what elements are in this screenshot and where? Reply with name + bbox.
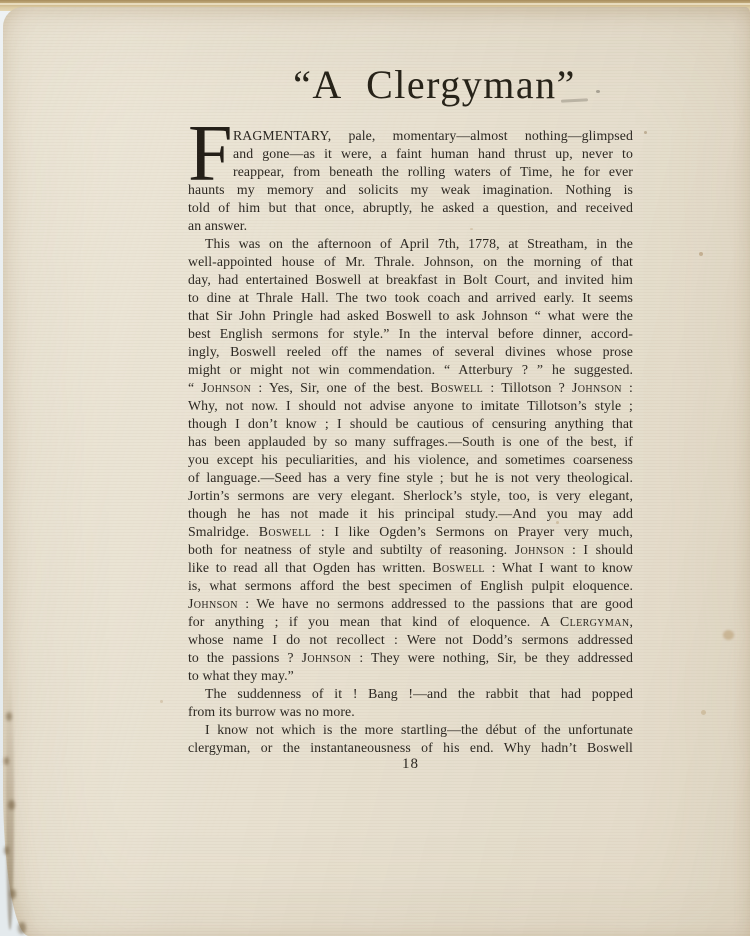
text-line: might or might not win commendation. “ A…: [188, 361, 633, 379]
text-line: best English sermons for style.” In the …: [188, 325, 633, 343]
text-line: I know not which is the more startling—t…: [188, 721, 633, 739]
text-line: of language.—Seed has a very fine style …: [188, 469, 633, 487]
text-line: you except his peculiarities, and his vi…: [188, 451, 633, 469]
text-line: like to read all that Ogden has written.…: [188, 559, 633, 577]
speaker-name: Boswell: [432, 560, 485, 575]
speaker-name: Johnson: [572, 380, 622, 395]
drop-cap: F: [188, 126, 230, 180]
speaker-name: Boswell: [259, 524, 312, 539]
text-line: “ Johnson : Yes, Sir, one of the best. B…: [188, 379, 633, 397]
ink-speck: [596, 90, 600, 93]
text-line: RAGMENTARY, pale, momentary—almost nothi…: [188, 127, 633, 145]
text-line: reappear, from beneath the rolling water…: [188, 163, 633, 181]
text-line: to what they may.”: [188, 667, 633, 685]
text-line: that Sir John Pringle had asked Boswell …: [188, 307, 633, 325]
text-line: an answer.: [188, 217, 633, 235]
text-line: haunts my memory and solicits my weak im…: [188, 181, 633, 199]
text-line: Why, not now. I should not advise anyone…: [188, 397, 633, 415]
text-line: from its burrow was no more.: [188, 703, 633, 721]
text-line: has been applauded by so many suffrages.…: [188, 433, 633, 451]
body-paragraph: FRAGMENTARY, pale, momentary—almost noth…: [188, 127, 633, 235]
text-line: though I don’t know ; I should be cautio…: [188, 415, 633, 433]
worn-page-edge: [6, 680, 14, 930]
scanned-book-page: “A Clergyman” FRAGMENTARY, pale, momenta…: [0, 0, 750, 936]
text-line: both for neatness of style and subtilty …: [188, 541, 633, 559]
text-line: to dine at Thrale Hall. The two took coa…: [188, 289, 633, 307]
speaker-name: Clergyman: [560, 614, 629, 629]
body-paragraph: The suddenness of it ! Bang !—and the ra…: [188, 685, 633, 721]
speaker-name: Johnson: [201, 380, 251, 395]
text-line: This was on the afternoon of April 7th, …: [188, 235, 633, 253]
text-line: and gone—as it were, a faint human hand …: [188, 145, 633, 163]
text-line: told of him but that once, abruptly, he …: [188, 199, 633, 217]
speaker-name: Johnson: [188, 596, 238, 611]
text-line: though he has not made it his principal …: [188, 505, 633, 523]
text-line: is, what sermons afford the best specime…: [188, 577, 633, 595]
speaker-name: Johnson: [515, 542, 565, 557]
text-line: The suddenness of it ! Bang !—and the ra…: [188, 685, 633, 703]
speaker-name: Johnson: [302, 650, 352, 665]
text-line: for anything ; if you mean that kind of …: [188, 613, 633, 631]
page-title: “A Clergyman”: [212, 64, 657, 106]
page-number: 18: [188, 756, 633, 773]
text-line: Johnson : We have no sermons addressed t…: [188, 595, 633, 613]
body-paragraph: This was on the afternoon of April 7th, …: [188, 235, 633, 379]
text-line: ingly, Boswell reeled off the names of s…: [188, 343, 633, 361]
speaker-name: Boswell: [431, 380, 484, 395]
text-line: Jortin’s sermons are very elegant. Sherl…: [188, 487, 633, 505]
body-paragraph: “ Johnson : Yes, Sir, one of the best. B…: [188, 379, 633, 685]
body-paragraph: I know not which is the more startling—t…: [188, 721, 633, 757]
text-line: well-appointed house of Mr. Thrale. John…: [188, 253, 633, 271]
text-column: FRAGMENTARY, pale, momentary—almost noth…: [188, 127, 633, 757]
text-line: whose name I do not recollect : Were not…: [188, 631, 633, 649]
text-line: to the passions ? Johnson : They were no…: [188, 649, 633, 667]
text-line: day, had entertained Boswell at breakfas…: [188, 271, 633, 289]
text-line: Smalridge. Boswell : I like Ogden’s Serm…: [188, 523, 633, 541]
text-line: clergyman, or the instantaneousness of h…: [188, 739, 633, 757]
